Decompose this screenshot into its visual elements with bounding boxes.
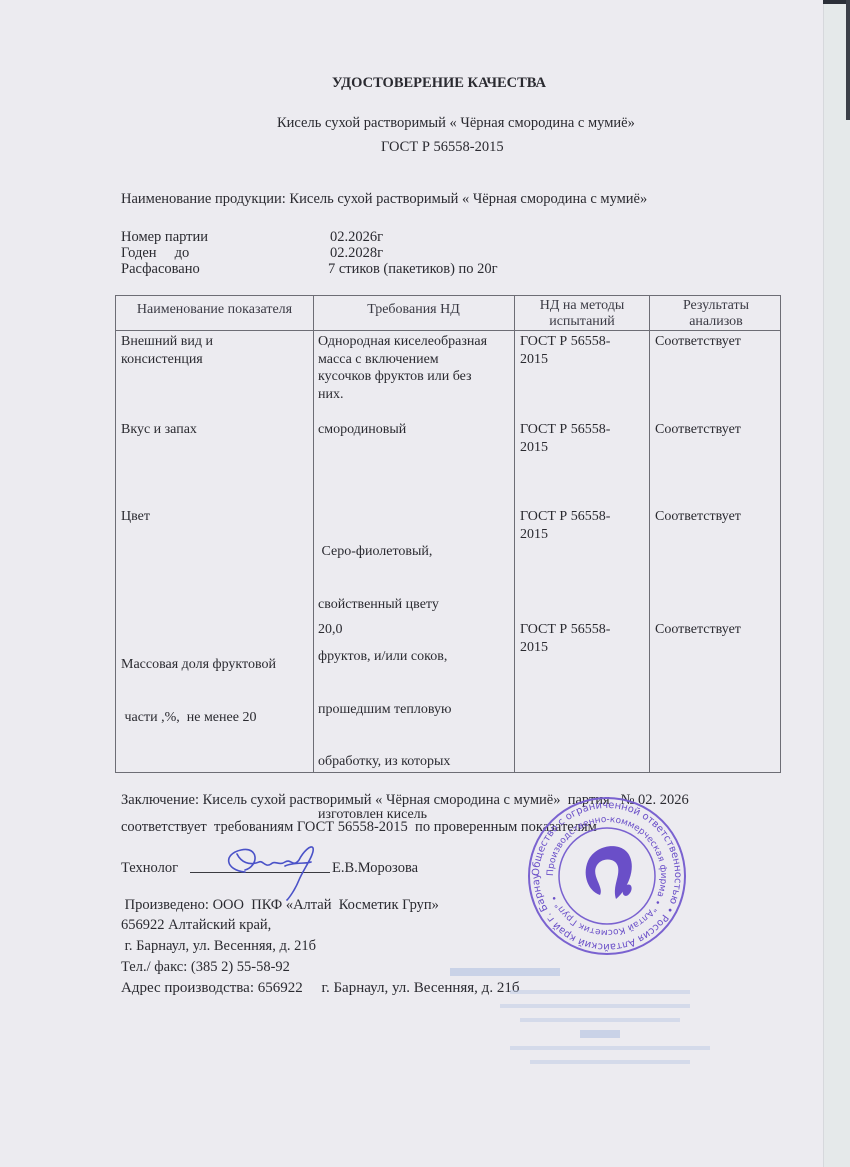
table-row-indicator: Внешний вид и консистенция bbox=[121, 333, 213, 368]
column-divider bbox=[313, 296, 314, 772]
page-edge-shadow bbox=[846, 0, 850, 120]
table-row-requirement: Однородная киселеобразная масса с включе… bbox=[318, 333, 487, 403]
column-divider bbox=[514, 296, 515, 772]
company-stamp-icon: Общество с ограниченной ответственностью… bbox=[526, 795, 688, 957]
expiry-label: Годен до bbox=[121, 245, 189, 262]
manufacturer-address-1: 656922 Алтайский край, bbox=[121, 917, 271, 934]
svg-text:Производственно-коммерческая ф: Производственно-коммерческая фирма • "Ал… bbox=[546, 815, 668, 937]
table-row-method: ГОСТ Р 56558- 2015 bbox=[520, 333, 610, 368]
table-row-method: ГОСТ Р 56558- 2015 bbox=[520, 508, 610, 543]
table-row-indicator: Цвет bbox=[121, 508, 150, 526]
column-divider bbox=[649, 296, 650, 772]
header-indicator: Наименование показателя bbox=[116, 302, 313, 318]
manufacturer-name: Произведено: ООО ПКФ «Алтай Косметик Гру… bbox=[121, 897, 439, 914]
manufacturer-phone: Тел./ факс: (385 2) 55-58-92 bbox=[121, 959, 290, 976]
document-title: УДОСТОВЕРЕНИЕ КАЧЕСТВА bbox=[332, 75, 546, 92]
table-row-requirement: смородиновый bbox=[318, 421, 406, 439]
table-row-result: Соответствует bbox=[655, 421, 741, 439]
table-row-indicator: Вкус и запах bbox=[121, 421, 197, 439]
header-results: Результаты анализов bbox=[656, 298, 776, 330]
scanner-margin bbox=[823, 0, 850, 1167]
table-row-result: Соответствует bbox=[655, 621, 741, 639]
bleed-through-marks bbox=[420, 960, 710, 1070]
table-row-method: ГОСТ Р 56558- 2015 bbox=[520, 421, 610, 456]
manufacturer-address-2: г. Барнаул, ул. Весенняя, д. 21б bbox=[121, 938, 316, 955]
table-row-result: Соответствует bbox=[655, 333, 741, 351]
signature-name: Е.В.Морозова bbox=[332, 860, 418, 877]
header-divider bbox=[116, 330, 780, 331]
document-page: УДОСТОВЕРЕНИЕ КАЧЕСТВА Кисель сухой раст… bbox=[0, 0, 823, 1167]
quality-table: Наименование показателя Требования НД НД… bbox=[115, 295, 781, 773]
table-row-method: ГОСТ Р 56558- 2015 bbox=[520, 621, 610, 656]
document-subtitle: Кисель сухой растворимый « Чёрная смород… bbox=[277, 115, 635, 132]
header-methods: НД на методы испытаний bbox=[524, 298, 640, 330]
packaging-label: Расфасовано bbox=[121, 261, 200, 278]
product-name-line: Наименование продукции: Кисель сухой рас… bbox=[121, 191, 647, 208]
table-row-result: Соответствует bbox=[655, 508, 741, 526]
table-row-requirement: 20,0 bbox=[318, 621, 343, 639]
table-row-indicator: Массовая доля фруктовой части ,%, не мен… bbox=[121, 621, 276, 761]
document-standard: ГОСТ Р 56558-2015 bbox=[381, 139, 504, 156]
batch-label: Номер партии bbox=[121, 229, 208, 246]
signature-role: Технолог bbox=[121, 860, 178, 877]
batch-value: 02.2026г bbox=[330, 229, 383, 246]
packaging-value: 7 стиков (пакетиков) по 20г bbox=[328, 261, 498, 278]
expiry-value: 02.2028г bbox=[330, 245, 383, 262]
header-requirements: Требования НД bbox=[313, 302, 514, 318]
signature-icon bbox=[215, 840, 325, 902]
